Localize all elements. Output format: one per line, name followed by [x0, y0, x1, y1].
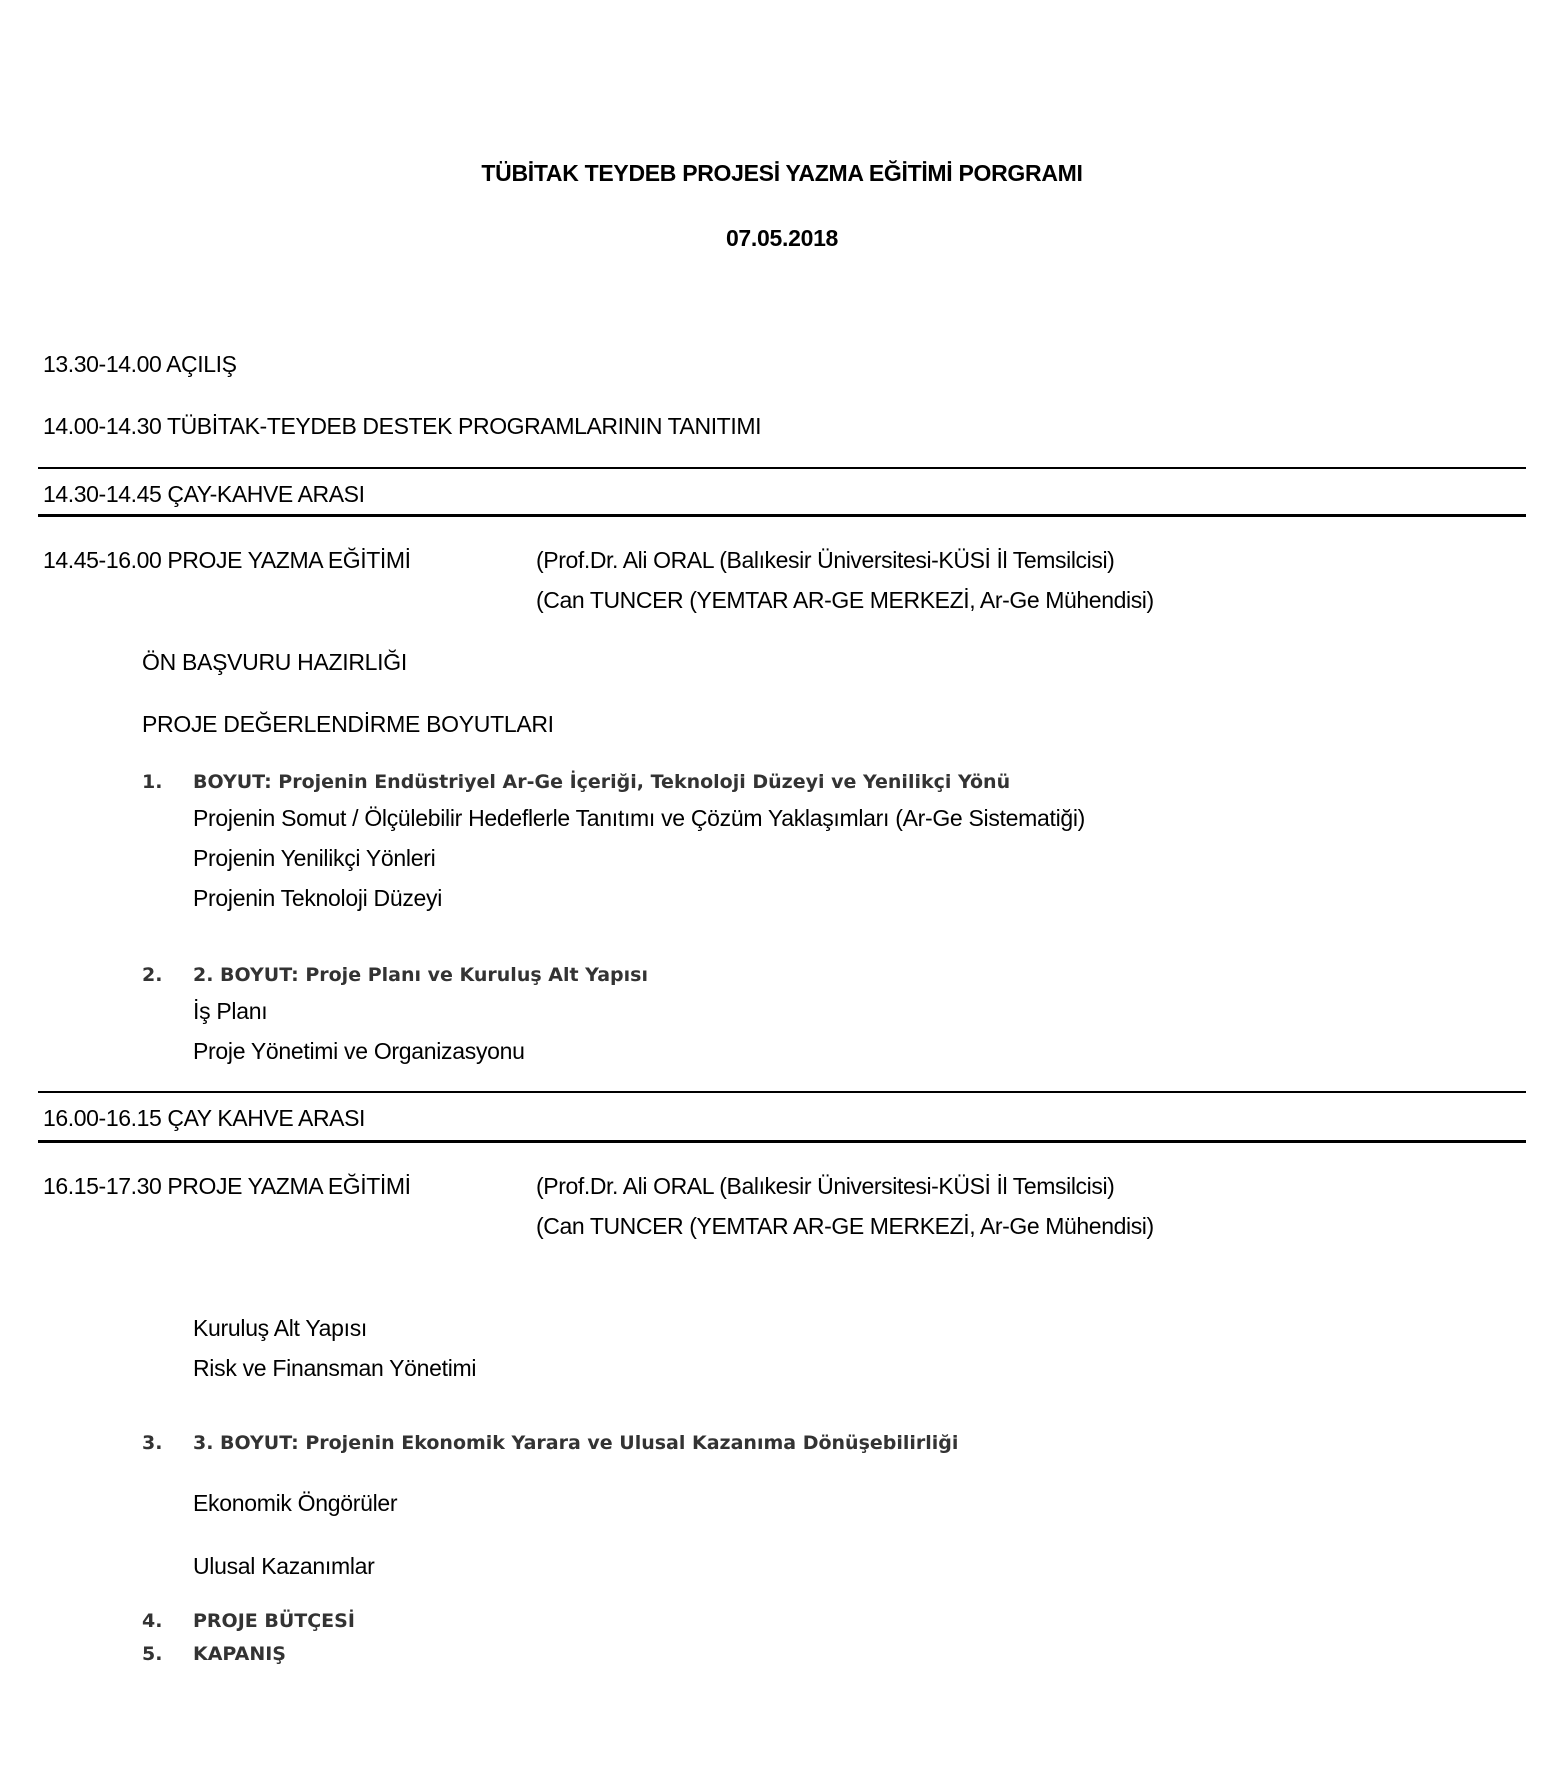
- closing-heading: KAPANIŞ: [193, 1643, 286, 1665]
- list-item: Risk ve Finansman Yönetimi: [193, 1355, 476, 1382]
- document-date: 07.05.2018: [0, 225, 1564, 252]
- session-2-label: 16.15-17.30 PROJE YAZMA EĞİTİMİ: [43, 1173, 411, 1200]
- schedule-opening: 13.30-14.00 AÇILIŞ: [43, 351, 237, 378]
- dimension-heading: 3. BOYUT: Projenin Ekonomik Yarara ve Ul…: [193, 1432, 958, 1454]
- divider: [38, 467, 1526, 469]
- list-number: 5.: [142, 1643, 162, 1665]
- list-number: 4.: [142, 1610, 162, 1632]
- session-2-speaker-2: (Can TUNCER (YEMTAR AR-GE MERKEZİ, Ar-Ge…: [536, 1213, 1154, 1240]
- schedule-break-1: 14.30-14.45 ÇAY-KAHVE ARASI: [43, 481, 365, 508]
- list-item: Ekonomik Öngörüler: [193, 1490, 397, 1517]
- list-item: Projenin Teknoloji Düzeyi: [193, 885, 442, 912]
- session-1-label: 14.45-16.00 PROJE YAZMA EĞİTİMİ: [43, 547, 411, 574]
- topic-pre-application: ÖN BAŞVURU HAZIRLIĞI: [142, 649, 407, 676]
- list-item: Projenin Somut / Ölçülebilir Hedeflerle …: [193, 805, 1085, 832]
- list-item: Proje Yönetimi ve Organizasyonu: [193, 1038, 525, 1065]
- schedule-break-2: 16.00-16.15 ÇAY KAHVE ARASI: [43, 1105, 365, 1132]
- list-number: 1.: [142, 771, 162, 793]
- list-number: 2.: [142, 964, 162, 986]
- dimension-heading: BOYUT: Projenin Endüstriyel Ar-Ge İçeriğ…: [193, 771, 1010, 793]
- list-item: İş Planı: [193, 998, 267, 1025]
- schedule-intro: 14.00-14.30 TÜBİTAK-TEYDEB DESTEK PROGRA…: [43, 413, 761, 440]
- document-title: TÜBİTAK TEYDEB PROJESİ YAZMA EĞİTİMİ POR…: [0, 160, 1564, 187]
- divider: [38, 1091, 1526, 1093]
- divider: [38, 1140, 1526, 1143]
- topic-evaluation-dimensions: PROJE DEĞERLENDİRME BOYUTLARI: [142, 711, 554, 738]
- list-item: Kuruluş Alt Yapısı: [193, 1315, 367, 1342]
- list-number: 3.: [142, 1432, 162, 1454]
- dimension-heading: 2. BOYUT: Proje Planı ve Kuruluş Alt Yap…: [193, 964, 648, 986]
- list-item: Ulusal Kazanımlar: [193, 1553, 375, 1580]
- list-item: Projenin Yenilikçi Yönleri: [193, 845, 435, 872]
- session-2-speaker-1: (Prof.Dr. Ali ORAL (Balıkesir Üniversite…: [536, 1173, 1114, 1200]
- session-1-speaker-1: (Prof.Dr. Ali ORAL (Balıkesir Üniversite…: [536, 547, 1114, 574]
- session-1-speaker-2: (Can TUNCER (YEMTAR AR-GE MERKEZİ, Ar-Ge…: [536, 587, 1154, 614]
- budget-heading: PROJE BÜTÇESİ: [193, 1610, 355, 1632]
- divider: [38, 514, 1526, 517]
